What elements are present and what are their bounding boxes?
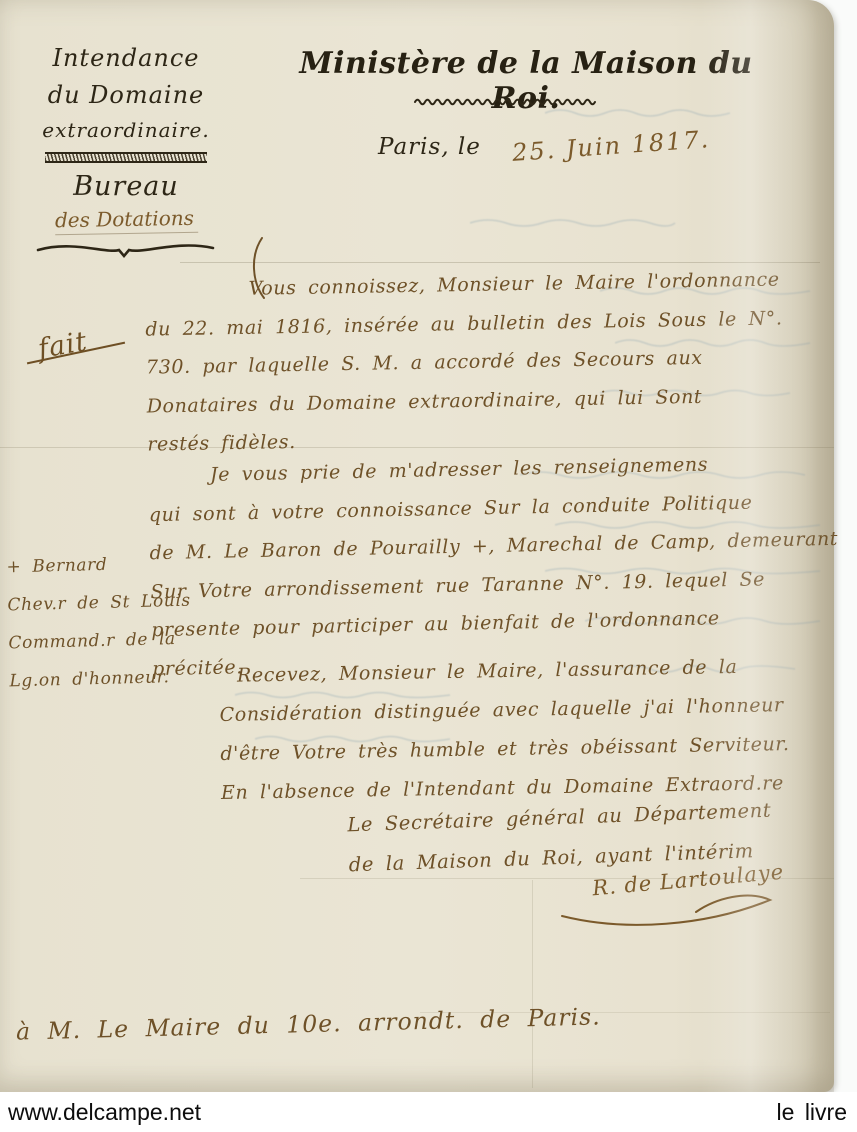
fold-crease	[532, 880, 533, 1088]
double-rule	[45, 152, 207, 163]
department-line: extraordinaire.	[34, 118, 218, 142]
watermark-bar: www.delcampe.net le livre	[0, 1092, 857, 1132]
signature-flourish	[556, 888, 796, 938]
dateline-date-handwritten: 25. Juin 1817.	[511, 125, 711, 167]
bureau-label: Bureau	[34, 171, 218, 202]
department-line: du Domaine	[34, 81, 218, 109]
recipient-address: à M. Le Maire du 10e. arrondt. de Paris.	[16, 1002, 601, 1045]
dateline: Paris, le 25. Juin 1817.	[378, 132, 710, 160]
watermark-url: www.delcampe.net	[8, 1099, 201, 1126]
squiggle-rule	[413, 96, 605, 108]
paragraph-3: Recevez, Monsieur le Maire, l'assurance …	[219, 647, 791, 813]
letter-sheet: Intendance du Domaine extraordinaire. Bu…	[0, 0, 834, 1092]
department-line: Intendance	[34, 44, 218, 72]
watermark-seller: le livre	[777, 1099, 847, 1126]
letterhead-department-block: Intendance du Domaine extraordinaire. Bu…	[34, 44, 218, 260]
dateline-printed: Paris, le	[378, 134, 481, 160]
ink-show-through	[470, 216, 680, 230]
paragraph-1: Vous connoissez, Monsieur le Maire l'ord…	[144, 260, 784, 464]
brace-flourish	[35, 240, 217, 260]
bureau-service-handwritten: des Dotations	[54, 206, 197, 235]
